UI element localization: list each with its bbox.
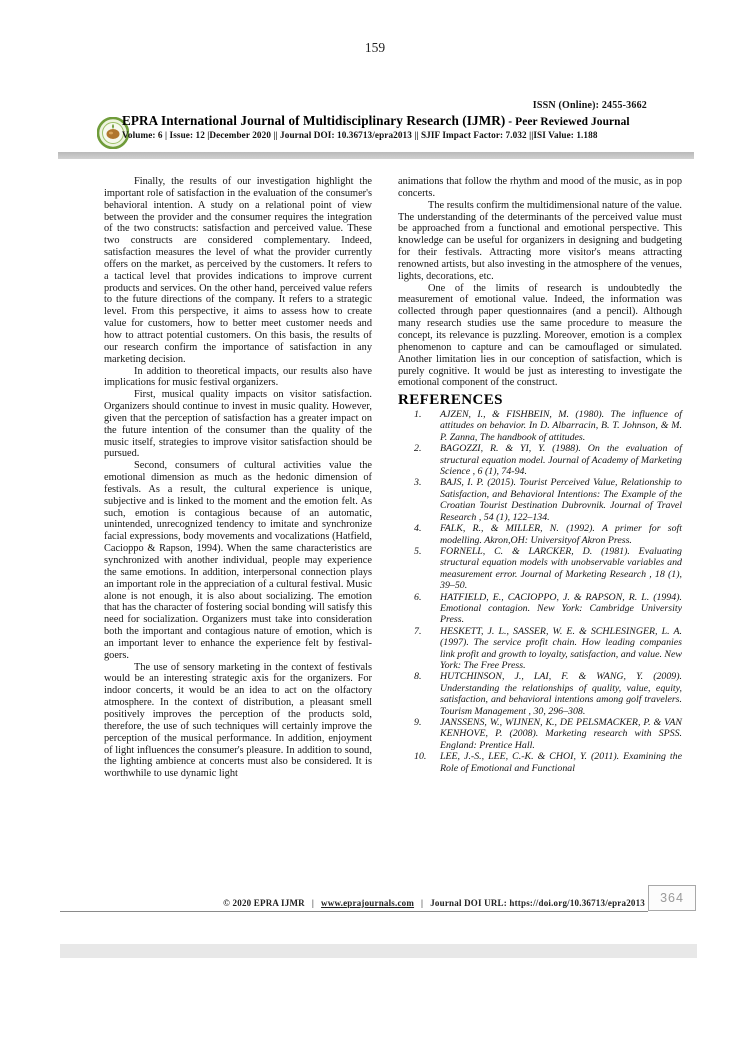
journal-title-suffix: - Peer Reviewed Journal bbox=[505, 116, 629, 128]
reference-number: 8. bbox=[414, 671, 430, 717]
page-footer: © 2020 EPRA IJMR|www.eprajournals.com|Jo… bbox=[60, 886, 648, 912]
reference-text: AJZEN, I., & FISHBEIN, M. (1980). The in… bbox=[440, 409, 682, 443]
journal-header: ISSN (Online): 2455-3662 EPRA Internatio… bbox=[122, 100, 680, 140]
footer-website-link[interactable]: www.eprajournals.com bbox=[321, 898, 414, 908]
reference-text: HESKETT, J. L., SASSER, W. E. & SCHLESIN… bbox=[440, 626, 682, 672]
reference-item: 4. FALK, R., & MILLER, N. (1992). A prim… bbox=[414, 523, 682, 546]
reference-number: 6. bbox=[414, 592, 430, 626]
page-number-bottom: 364 bbox=[648, 885, 696, 911]
references-heading: REFERENCES bbox=[398, 395, 682, 407]
reference-number: 2. bbox=[414, 443, 430, 477]
left-text-column: Finally, the results of our investigatio… bbox=[104, 176, 372, 780]
reference-text: HATFIELD, E., CACIOPPO, J. & RAPSON, R. … bbox=[440, 592, 682, 626]
reference-text: BAJS, I. P. (2015). Tourist Perceived Va… bbox=[440, 477, 682, 523]
issn-line: ISSN (Online): 2455-3662 bbox=[122, 100, 680, 111]
body-paragraph: The use of sensory marketing in the cont… bbox=[104, 662, 372, 780]
page-number-top: 159 bbox=[60, 40, 690, 56]
reference-item: 1. AJZEN, I., & FISHBEIN, M. (1980). The… bbox=[414, 409, 682, 443]
reference-number: 9. bbox=[414, 717, 430, 751]
body-paragraph: In addition to theoretical impacts, our … bbox=[104, 366, 372, 390]
reference-number: 4. bbox=[414, 523, 430, 546]
reference-item: 2. BAGOZZI, R. & YI, Y. (1988). On the e… bbox=[414, 443, 682, 477]
body-paragraph: One of the limits of research is undoubt… bbox=[398, 283, 682, 390]
reference-text: JANSSENS, W., WIJNEN, K., DE PELSMACKER,… bbox=[440, 717, 682, 751]
body-paragraph: Finally, the results of our investigatio… bbox=[104, 176, 372, 366]
reference-item: 7. HESKETT, J. L., SASSER, W. E. & SCHLE… bbox=[414, 626, 682, 672]
journal-title-main: EPRA International Journal of Multidisci… bbox=[122, 113, 505, 128]
reference-text: FORNELL, C. & LARCKER, D. (1981). Evalua… bbox=[440, 546, 682, 592]
reference-item: 8. HUTCHINSON, J., LAI, F. & WANG, Y. (2… bbox=[414, 671, 682, 717]
header-divider-bar bbox=[58, 152, 694, 159]
reference-number: 3. bbox=[414, 477, 430, 523]
footer-copyright: © 2020 EPRA IJMR bbox=[223, 898, 305, 908]
footer-doi: Journal DOI URL: https://doi.org/10.3671… bbox=[430, 898, 645, 908]
reference-item: 9. JANSSENS, W., WIJNEN, K., DE PELSMACK… bbox=[414, 717, 682, 751]
reference-item: 3. BAJS, I. P. (2015). Tourist Perceived… bbox=[414, 477, 682, 523]
reference-text: FALK, R., & MILLER, N. (1992). A primer … bbox=[440, 523, 682, 546]
body-paragraph: Second, consumers of cultural activities… bbox=[104, 460, 372, 661]
reference-number: 10. bbox=[414, 751, 430, 774]
reference-text: BAGOZZI, R. & YI, Y. (1988). On the eval… bbox=[440, 443, 682, 477]
reference-item: 5. FORNELL, C. & LARCKER, D. (1981). Eva… bbox=[414, 546, 682, 592]
reference-text: LEE, J.-S., LEE, C.-K. & CHOI, Y. (2011)… bbox=[440, 751, 682, 774]
footer-separator: | bbox=[312, 898, 314, 908]
footer-text-line: © 2020 EPRA IJMR|www.eprajournals.com|Jo… bbox=[223, 898, 645, 908]
body-paragraph: First, musical quality impacts on visito… bbox=[104, 389, 372, 460]
body-paragraph: The results confirm the multidimensional… bbox=[398, 200, 682, 283]
reference-number: 7. bbox=[414, 626, 430, 672]
reference-number: 1. bbox=[414, 409, 430, 443]
right-text-column: animations that follow the rhythm and mo… bbox=[398, 176, 682, 774]
journal-title: EPRA International Journal of Multidisci… bbox=[122, 113, 680, 129]
reference-item: 6. HATFIELD, E., CACIOPPO, J. & RAPSON, … bbox=[414, 592, 682, 626]
bottom-divider-bar bbox=[60, 944, 697, 958]
footer-separator: | bbox=[421, 898, 423, 908]
body-paragraph: animations that follow the rhythm and mo… bbox=[398, 176, 682, 200]
reference-text: HUTCHINSON, J., LAI, F. & WANG, Y. (2009… bbox=[440, 671, 682, 717]
journal-meta-line: Volume: 6 | Issue: 12 |December 2020 || … bbox=[122, 130, 680, 140]
journal-paper-page: 159 ISSN (Online): 2455-3662 EPRA Intern… bbox=[0, 0, 745, 1053]
reference-item: 10. LEE, J.-S., LEE, C.-K. & CHOI, Y. (2… bbox=[414, 751, 682, 774]
reference-number: 5. bbox=[414, 546, 430, 592]
